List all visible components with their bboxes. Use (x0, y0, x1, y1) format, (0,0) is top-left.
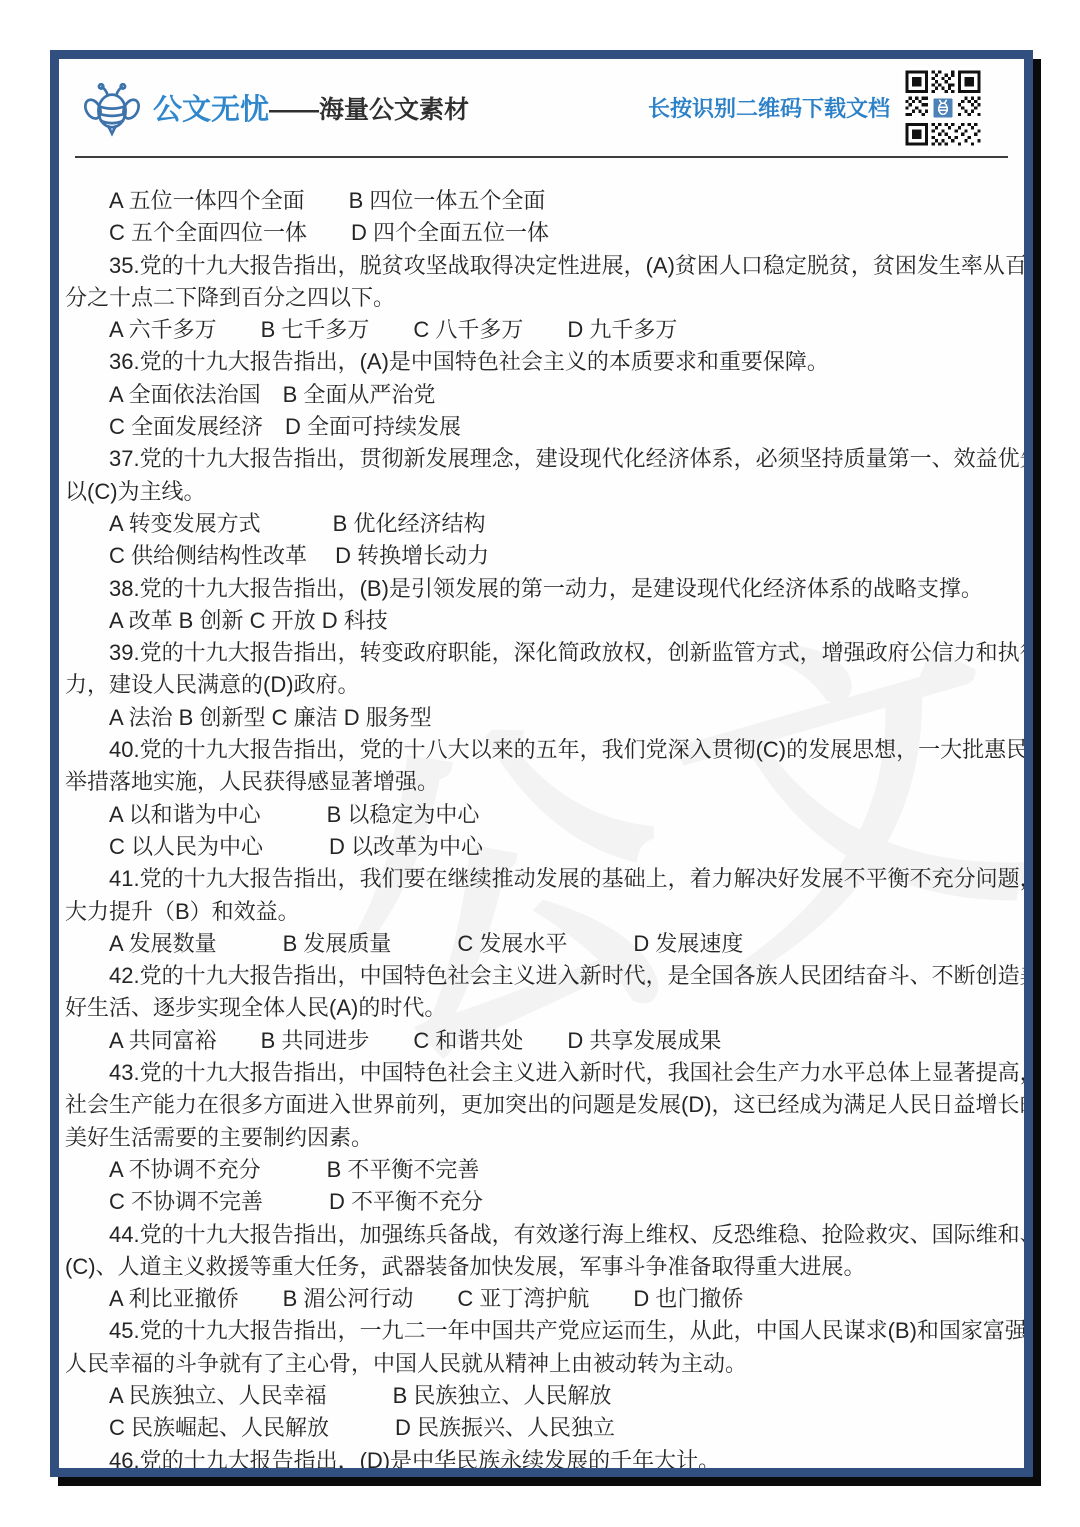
question-line: 44.党的十九大报告指出，加强练兵备战，有效遂行海上维权、反恐维稳、抢险救灾、国… (65, 1219, 1020, 1251)
question-continuation-line: 力，建设人民满意的(D)政府。 (65, 669, 1020, 701)
option-line: A 转变发展方式 B 优化经济结构 (65, 508, 1020, 540)
question-line: 41.党的十九大报告指出，我们要在继续推动发展的基础上，着力解决好发展不平衡不充… (65, 863, 1020, 895)
option-line: C 供给侧结构性改革 D 转换增长动力 (65, 540, 1020, 572)
document-body: A 五位一体四个全面 B 四位一体五个全面C 五个全面四位一体 D 四个全面五位… (59, 158, 1024, 1477)
question-line: 42.党的十九大报告指出，中国特色社会主义进入新时代，是全国各族人民团结奋斗、不… (65, 960, 1020, 992)
question-line: 37.党的十九大报告指出，贯彻新发展理念，建设现代化经济体系，必须坚持质量第一、… (65, 443, 1020, 475)
brand-tagline: ——海量公文素材 (269, 90, 469, 126)
brand-name: 公文无忧 (153, 87, 269, 128)
option-line: A 六千多万 B 七千多万 C 八千多万 D 九千多万 (65, 314, 1020, 346)
option-line: C 全面发展经济 D 全面可持续发展 (65, 411, 1020, 443)
question-continuation-line: 大力提升（B）和效益。 (65, 896, 1020, 928)
option-line: A 发展数量 B 发展质量 C 发展水平 D 发展速度 (65, 928, 1020, 960)
option-line: C 以人民为中心 D 以改革为中心 (65, 831, 1020, 863)
question-continuation-line: 以(C)为主线。 (65, 476, 1020, 508)
question-line: 43.党的十九大报告指出，中国特色社会主义进入新时代，我国社会生产力水平总体上显… (65, 1057, 1020, 1089)
document-page: 公文无忧 公文无忧 ——海量公文素材 长按识别二维码下载文档 (50, 50, 1033, 1477)
option-line: A 全面依法治国 B 全面从严治党 (65, 379, 1020, 411)
question-line: 36.党的十九大报告指出，(A)是中国特色社会主义的本质要求和重要保障。 (65, 346, 1020, 378)
option-line: A 法治 B 创新型 C 廉洁 D 服务型 (65, 702, 1020, 734)
question-continuation-line: 分之十点二下降到百分之四以下。 (65, 282, 1020, 314)
document-header: 公文无忧 ——海量公文素材 长按识别二维码下载文档 (75, 59, 1008, 158)
option-line: A 不协调不充分 B 不平衡不完善 (65, 1154, 1020, 1186)
question-line: 45.党的十九大报告指出，一九二一年中国共产党应运而生，从此，中国人民谋求(B)… (65, 1315, 1020, 1347)
option-line: C 民族崛起、人民解放 D 民族振兴、人民独立 (65, 1412, 1020, 1444)
option-line: C 不协调不完善 D 不平衡不充分 (65, 1186, 1020, 1218)
option-line: A 共同富裕 B 共同进步 C 和谐共处 D 共享发展成果 (65, 1025, 1020, 1057)
question-continuation-line: 举措落地实施，人民获得感显著增强。 (65, 766, 1020, 798)
bee-logo-icon (83, 81, 141, 139)
option-line: A 利比亚撤侨 B 湄公河行动 C 亚丁湾护航 D 也门撤侨 (65, 1283, 1020, 1315)
qr-code[interactable] (902, 67, 984, 149)
option-line: A 改革 B 创新 C 开放 D 科技 (65, 605, 1020, 637)
question-continuation-line: 社会生产能力在很多方面进入世界前列，更加突出的问题是发展(D)，这已经成为满足人… (65, 1089, 1020, 1121)
question-continuation-line: 美好生活需要的主要制约因素。 (65, 1122, 1020, 1154)
option-line: A 五位一体四个全面 B 四位一体五个全面 (65, 185, 1020, 217)
question-continuation-line: 人民幸福的斗争就有了主心骨，中国人民就从精神上由被动转为主动。 (65, 1348, 1020, 1380)
question-line: 39.党的十九大报告指出，转变政府职能，深化简政放权，创新监管方式，增强政府公信… (65, 637, 1020, 669)
option-line: C 五个全面四位一体 D 四个全面五位一体 (65, 217, 1020, 249)
option-line: A 以和谐为中心 B 以稳定为中心 (65, 799, 1020, 831)
question-line: 46.党的十九大报告指出，(D)是中华民族永续发展的千年大计。 (65, 1445, 1020, 1477)
question-line: 38.党的十九大报告指出，(B)是引领发展的第一动力，是建设现代化经济体系的战略… (65, 573, 1020, 605)
option-line: A 民族独立、人民幸福 B 民族独立、人民解放 (65, 1380, 1020, 1412)
question-continuation-line: 好生活、逐步实现全体人民(A)的时代。 (65, 992, 1020, 1024)
question-line: 35.党的十九大报告指出，脱贫攻坚战取得决定性进展，(A)贫困人口稳定脱贫，贫困… (65, 250, 1020, 282)
qr-download-hint: 长按识别二维码下载文档 (648, 92, 890, 123)
question-continuation-line: (C)、人道主义救援等重大任务，武器装备加快发展，军事斗争准备取得重大进展。 (65, 1251, 1020, 1283)
question-line: 40.党的十九大报告指出，党的十八大以来的五年，我们党深入贯彻(C)的发展思想，… (65, 734, 1020, 766)
